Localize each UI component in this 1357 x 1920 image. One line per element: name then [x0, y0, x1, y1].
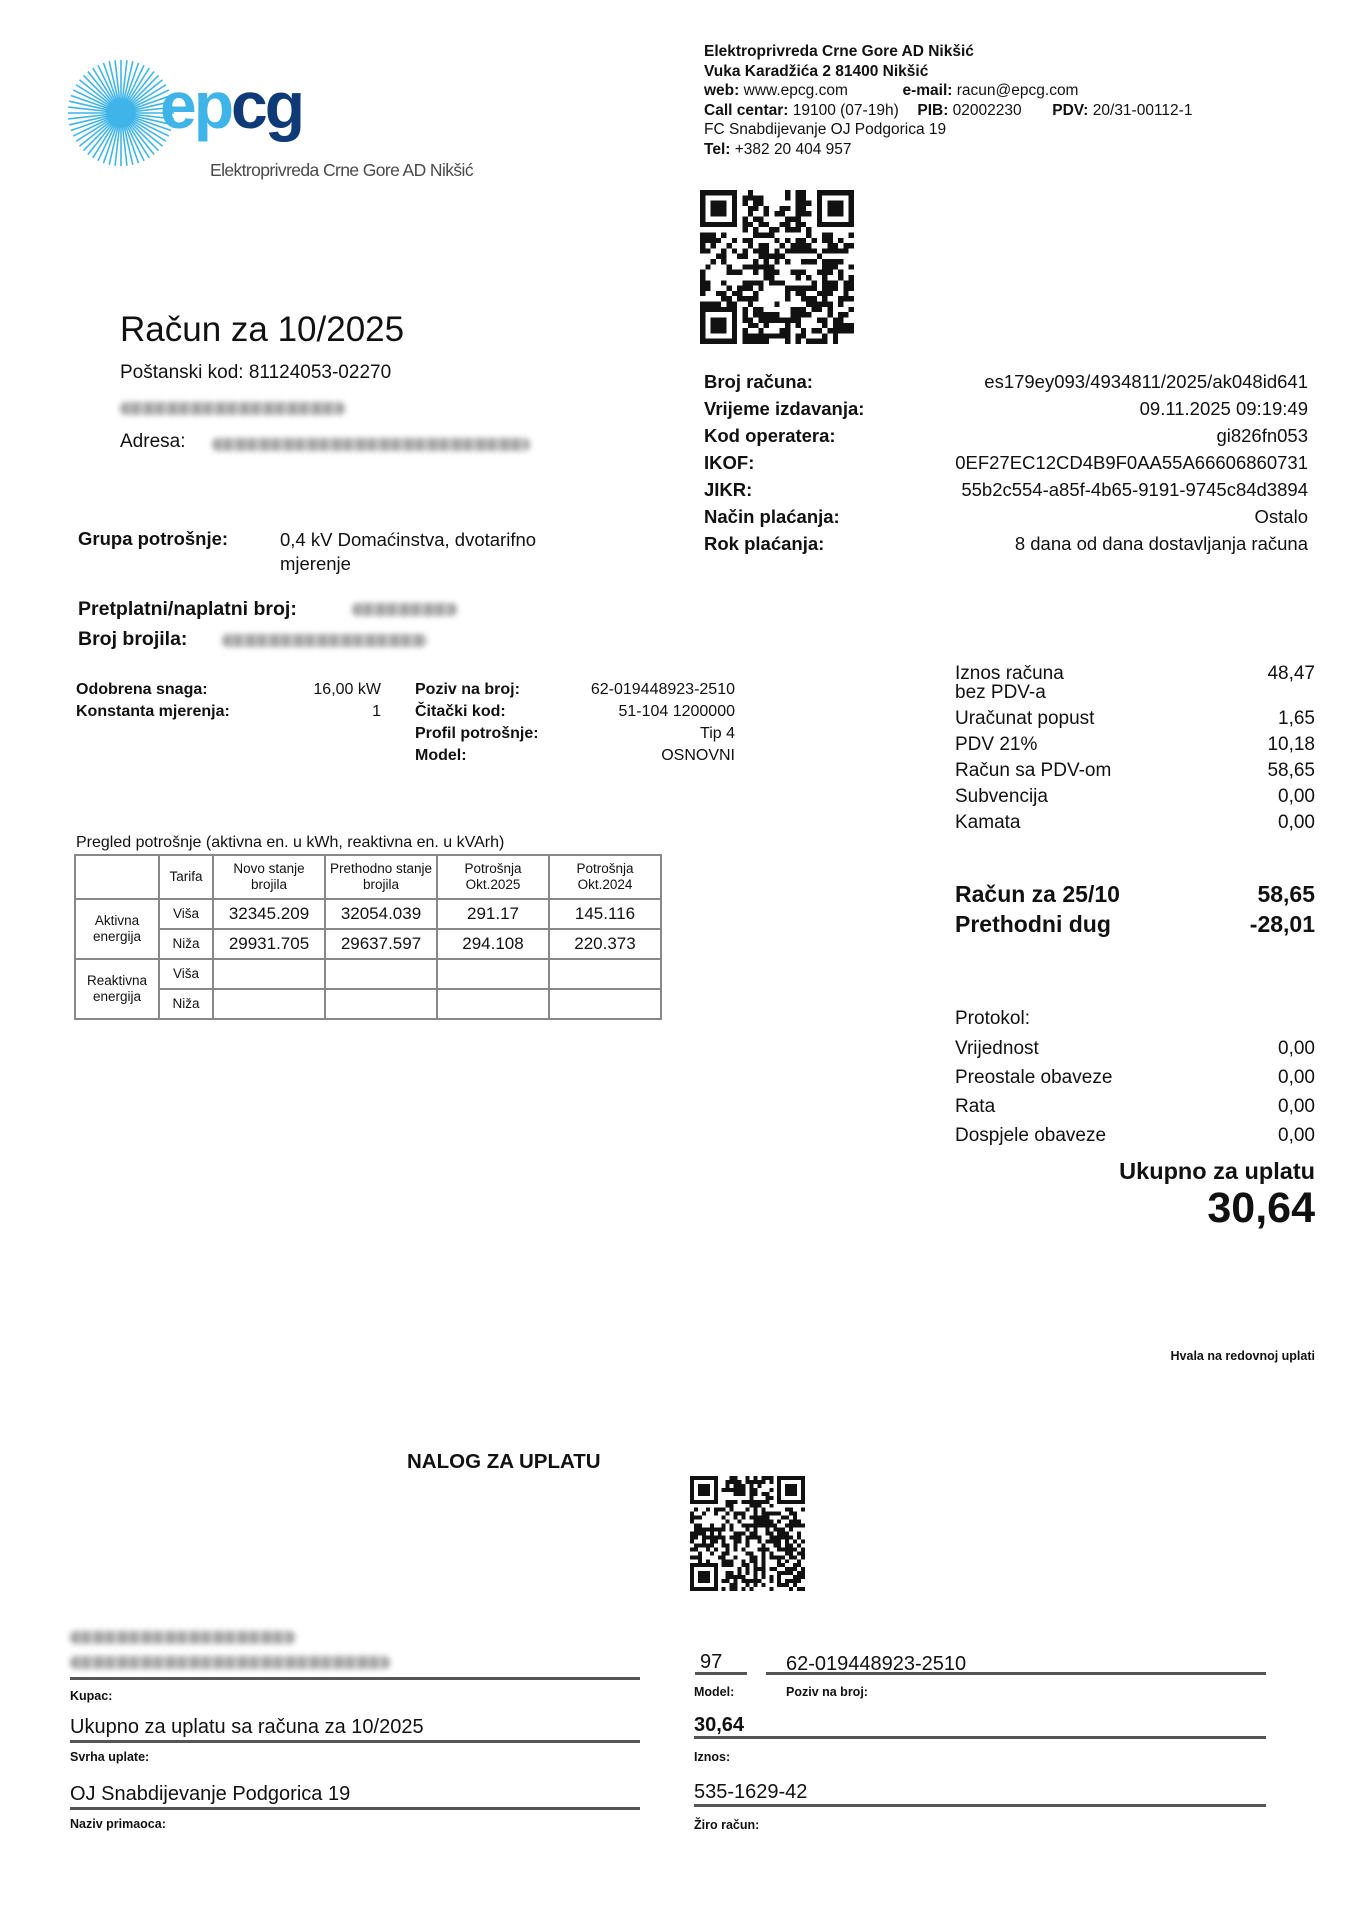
summary-value: 10,18: [1267, 732, 1315, 758]
param-value: OSNOVNI: [661, 745, 735, 767]
protocol-section: Protokol: Vrijednost0,00Preostale obavez…: [955, 1004, 1315, 1150]
protocol-item-label: Vrijednost: [955, 1034, 1039, 1063]
amount-line: [694, 1736, 1266, 1739]
address-label: Adresa:: [120, 431, 185, 453]
summary-value: 0,00: [1278, 784, 1315, 810]
invoice-info-label: JIKR:: [704, 476, 752, 503]
bill-totals: Račun za 25/1058,65 Prethodni dug-28,01: [955, 881, 1315, 938]
protocol-item-value: 0,00: [1278, 1063, 1315, 1092]
group-label: Grupa potrošnje:: [78, 528, 228, 550]
invoice-info-value: 55b2c554-a85f-4b65-9191-9745c84d3894: [961, 476, 1308, 503]
purpose-value: Ukupno za uplatu sa računa za 10/2025: [70, 1716, 424, 1739]
tariff-cell: Viša: [159, 959, 213, 989]
summary-row: Iznos računa bez PDV-a48,47: [955, 664, 1315, 704]
table-header-cell: [75, 855, 159, 899]
total-amount: 30,64: [1100, 1184, 1315, 1233]
value-cell: 220.373: [549, 929, 661, 959]
tel-label: Tel:: [704, 141, 730, 158]
value-cell: [213, 959, 325, 989]
bill-value: 58,65: [1257, 881, 1315, 908]
recipient-label: Naziv primaoca:: [70, 1817, 166, 1831]
email-label: e-mail:: [902, 82, 952, 99]
call-center-value: 19100 (07-19h): [793, 102, 899, 119]
subscriber-redacted: [352, 603, 457, 616]
purpose-label: Svrha uplate:: [70, 1750, 149, 1764]
param-value: 51-104 1200000: [618, 701, 735, 723]
value-cell: 29931.705: [213, 929, 325, 959]
bill-row: Račun za 25/1058,65: [955, 881, 1315, 908]
value-cell: [437, 959, 549, 989]
reference-line: [766, 1672, 1266, 1675]
protocol-item-value: 0,00: [1278, 1121, 1315, 1150]
invoice-info-label: IKOF:: [704, 449, 754, 476]
summary-value: 48,47: [1267, 664, 1315, 704]
param-value: Tip 4: [700, 723, 735, 745]
invoice-info-label: Kod operatera:: [704, 422, 836, 449]
param-label: Profil potrošnje:: [415, 723, 539, 745]
summary-row: Subvencija0,00: [955, 784, 1315, 810]
summary-label: Subvencija: [955, 784, 1048, 810]
param-row: Odobrena snaga:16,00 kW: [76, 679, 381, 701]
table-header-cell: Potrošnja Okt.2025: [437, 855, 549, 899]
value-cell: [549, 959, 661, 989]
invoice-info-value: 0EF27EC12CD4B9F0AA55A66606860731: [955, 449, 1308, 476]
param-row: Profil potrošnje:Tip 4: [415, 723, 735, 745]
prev-debt-value: -28,01: [1250, 911, 1315, 938]
invoice-info-row: Rok plaćanja:8 dana od dana dostavljanja…: [704, 530, 1308, 557]
postal-code: Poštanski kod: 81124053-02270: [120, 362, 391, 384]
company-name: Elektroprivreda Crne Gore AD Nikšić: [704, 42, 1192, 62]
summary-label: Kamata: [955, 810, 1020, 836]
summary-label: Iznos računa bez PDV-a: [955, 664, 1085, 704]
summary-label: Račun sa PDV-om: [955, 758, 1111, 784]
tariff-cell: Niža: [159, 929, 213, 959]
value-cell: [325, 959, 437, 989]
invoice-info-row: IKOF:0EF27EC12CD4B9F0AA55A66606860731: [704, 449, 1308, 476]
invoice-info-value: gi826fn053: [1216, 422, 1308, 449]
web-label: web:: [704, 82, 739, 99]
param-label: Odobrena snaga:: [76, 679, 208, 701]
param-row: Konstanta mjerenja:1: [76, 701, 381, 723]
subscriber-label: Pretplatni/naplatni broj:: [78, 598, 297, 621]
model-line: [695, 1672, 747, 1675]
summary-row: PDV 21%10,18: [955, 732, 1315, 758]
thanks-note: Hvala na redovnoj uplati: [1100, 1349, 1315, 1363]
value-cell: [549, 989, 661, 1019]
table-header-cell: Tarifa: [159, 855, 213, 899]
invoice-info-row: Kod operatera:gi826fn053: [704, 422, 1308, 449]
protocol-item-label: Rata: [955, 1092, 995, 1121]
value-cell: 32054.039: [325, 899, 437, 929]
value-cell: 145.116: [549, 899, 661, 929]
pib-label: PIB:: [917, 102, 948, 119]
protocol-item-label: Dospjele obaveze: [955, 1121, 1106, 1150]
param-label: Model:: [415, 745, 467, 767]
param-value: 1: [372, 701, 381, 723]
invoice-info-value: Ostalo: [1255, 503, 1308, 530]
param-row: Model:OSNOVNI: [415, 745, 735, 767]
summary-row: Uračunat popust1,65: [955, 706, 1315, 732]
protocol-item-value: 0,00: [1278, 1034, 1315, 1063]
logo-wordmark: epcg: [160, 72, 302, 138]
buyer-name-redacted: [70, 1631, 295, 1644]
recipient-value: OJ Snabdijevanje Podgorica 19: [70, 1783, 350, 1806]
pdv-label: PDV:: [1052, 102, 1088, 119]
amount-value: 30,64: [694, 1714, 744, 1737]
param-label: Poziv na broj:: [415, 679, 520, 701]
protocol-row: Dospjele obaveze0,00: [955, 1121, 1315, 1150]
model-value: 97: [700, 1651, 722, 1674]
param-label: Čitački kod:: [415, 701, 506, 723]
pib-value: 02002230: [953, 102, 1022, 119]
company-address: Vuka Karadžića 2 81400 Nikšić: [704, 62, 1192, 82]
table-header-row: TarifaNovo stanje brojilaPrethodno stanj…: [75, 855, 661, 899]
summary-label: PDV 21%: [955, 732, 1037, 758]
meter-label: Broj brojila:: [78, 628, 187, 651]
param-value: 62-019448923-2510: [591, 679, 735, 701]
group-value: 0,4 kV Domaćinstva, dvotarifno mjerenje: [280, 528, 600, 576]
table-header-cell: Potrošnja Okt.2024: [549, 855, 661, 899]
table-row: Niža: [75, 989, 661, 1019]
invoice-info-label: Broj računa:: [704, 368, 813, 395]
model-label: Model:: [694, 1685, 734, 1699]
value-cell: 291.17: [437, 899, 549, 929]
energy-type-cell: Reaktivna energija: [75, 959, 159, 1019]
postal-code-value: 81124053-02270: [249, 362, 391, 383]
protocol-row: Preostale obaveze0,00: [955, 1063, 1315, 1092]
invoice-info-row: Vrijeme izdavanja:09.11.2025 09:19:49: [704, 395, 1308, 422]
protocol-item-label: Preostale obaveze: [955, 1063, 1112, 1092]
account-line: [694, 1804, 1266, 1807]
logo-subtitle: Elektroprivreda Crne Gore AD Nikšić: [210, 160, 473, 181]
consumption-table: TarifaNovo stanje brojilaPrethodno stanj…: [74, 854, 662, 1020]
invoice-info-value: es179ey093/4934811/2025/ak048id641: [984, 368, 1308, 395]
account-label: Žiro račun:: [694, 1818, 759, 1832]
prev-debt-row: Prethodni dug-28,01: [955, 911, 1315, 938]
company-branch: FC Snabdijevanje OJ Podgorica 19: [704, 120, 1192, 140]
energy-type-cell: Aktivna energija: [75, 899, 159, 959]
invoice-info-row: Način plaćanja:Ostalo: [704, 503, 1308, 530]
web-link[interactable]: www.epcg.com: [744, 82, 848, 99]
invoice-title: Račun za 10/2025: [120, 310, 404, 350]
invoice-info-label: Rok plaćanja:: [704, 530, 824, 557]
invoice-info-value: 8 dana od dana dostavljanja računa: [1015, 530, 1308, 557]
params-left: Odobrena snaga:16,00 kWKonstanta mjerenj…: [76, 679, 381, 723]
table-header-cell: Novo stanje brojila: [213, 855, 325, 899]
invoice-info-row: Broj računa:es179ey093/4934811/2025/ak04…: [704, 368, 1308, 395]
payment-slip-title: NALOG ZA UPLATU: [407, 1450, 601, 1474]
tel-value: +382 20 404 957: [735, 141, 852, 158]
summary-lines: Iznos računa bez PDV-a48,47Uračunat popu…: [955, 664, 1315, 836]
postal-code-label: Poštanski kod:: [120, 362, 244, 383]
summary-value: 1,65: [1278, 706, 1315, 732]
params-right: Poziv na broj:62-019448923-2510Čitački k…: [415, 679, 735, 767]
buyer-line: [70, 1677, 640, 1680]
invoice-info: Broj računa:es179ey093/4934811/2025/ak04…: [704, 368, 1308, 557]
param-row: Čitački kod:51-104 1200000: [415, 701, 735, 723]
table-row: Aktivna energijaViša32345.20932054.03929…: [75, 899, 661, 929]
invoice-info-label: Vrijeme izdavanja:: [704, 395, 864, 422]
purpose-line: [70, 1740, 640, 1743]
qr-code-icon: [700, 190, 854, 344]
recipient-line: [70, 1807, 640, 1810]
table-row: Reaktivna energijaViša: [75, 959, 661, 989]
pdv-value: 20/31-00112-1: [1093, 102, 1193, 119]
value-cell: [213, 989, 325, 1019]
amount-label: Iznos:: [694, 1750, 730, 1764]
email-link[interactable]: racun@epcg.com: [957, 82, 1079, 99]
value-cell: 32345.209: [213, 899, 325, 929]
consumption-caption: Pregled potrošnje (aktivna en. u kWh, re…: [76, 834, 504, 852]
total-label: Ukupno za uplatu: [1090, 1158, 1315, 1185]
buyer-label: Kupac:: [70, 1689, 112, 1703]
summary-row: Račun sa PDV-om58,65: [955, 758, 1315, 784]
summary-value: 0,00: [1278, 810, 1315, 836]
table-header-cell: Prethodno stanje brojila: [325, 855, 437, 899]
value-cell: 29637.597: [325, 929, 437, 959]
value-cell: [437, 989, 549, 1019]
company-header: Elektroprivreda Crne Gore AD Nikšić Vuka…: [704, 42, 1192, 159]
address-redacted: [212, 438, 530, 451]
param-label: Konstanta mjerenja:: [76, 701, 230, 723]
customer-name-redacted: [120, 402, 345, 415]
protocol-label: Protokol:: [955, 1004, 1315, 1034]
account-value: 535-1629-42: [694, 1781, 807, 1804]
call-center-label: Call centar:: [704, 102, 788, 119]
tariff-cell: Niža: [159, 989, 213, 1019]
qr-code-icon: [690, 1476, 805, 1591]
tariff-cell: Viša: [159, 899, 213, 929]
summary-value: 58,65: [1267, 758, 1315, 784]
table-row: Niža29931.70529637.597294.108220.373: [75, 929, 661, 959]
meter-redacted: [222, 634, 427, 647]
invoice-info-row: JIKR:55b2c554-a85f-4b65-9191-9745c84d389…: [704, 476, 1308, 503]
protocol-row: Rata0,00: [955, 1092, 1315, 1121]
buyer-address-redacted: [70, 1656, 390, 1669]
summary-label: Uračunat popust: [955, 706, 1094, 732]
invoice-info-label: Način plaćanja:: [704, 503, 840, 530]
summary-row: Kamata0,00: [955, 810, 1315, 836]
protocol-row: Vrijednost0,00: [955, 1034, 1315, 1063]
value-cell: 294.108: [437, 929, 549, 959]
param-value: 16,00 kW: [313, 679, 381, 701]
protocol-item-value: 0,00: [1278, 1092, 1315, 1121]
reference-label: Poziv na broj:: [786, 1685, 868, 1699]
value-cell: [325, 989, 437, 1019]
invoice-info-value: 09.11.2025 09:19:49: [1140, 395, 1308, 422]
param-row: Poziv na broj:62-019448923-2510: [415, 679, 735, 701]
